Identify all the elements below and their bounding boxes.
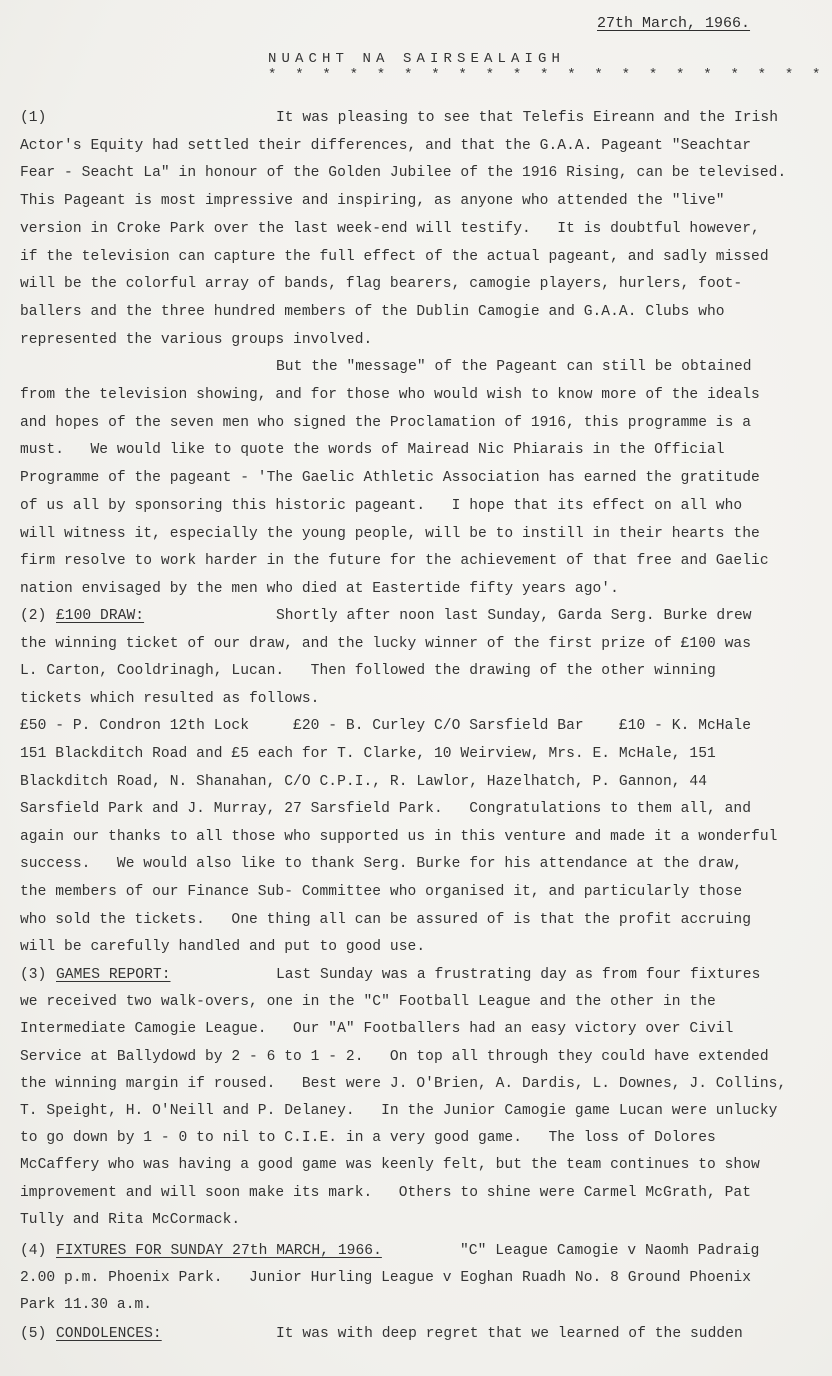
body-line: nation envisaged by the men who died at … bbox=[20, 579, 619, 599]
body-line: 2.00 p.m. Phoenix Park. Junior Hurling L… bbox=[20, 1268, 751, 1288]
body-line: will be the colorful array of bands, fla… bbox=[20, 274, 742, 294]
body-line: and hopes of the seven men who signed th… bbox=[20, 413, 751, 433]
body-line: tickets which resulted as follows. bbox=[20, 689, 319, 709]
section-number: (4) bbox=[20, 1241, 46, 1261]
body-line: 151 Blackditch Road and £5 each for T. C… bbox=[20, 744, 716, 764]
body-line: ballers and the three hundred members of… bbox=[20, 302, 725, 322]
title-asterisk-rule: * * * * * * * * * * * * * * * * * * * * … bbox=[268, 68, 832, 82]
section-number: (1) bbox=[20, 108, 46, 128]
condolences-heading: CONDOLENCES: bbox=[56, 1324, 162, 1344]
section-number: (3) bbox=[20, 965, 46, 985]
body-line: improvement and will soon make its mark.… bbox=[20, 1183, 751, 1203]
document-title: NUACHT NA SAIRSEALAIGH bbox=[268, 50, 565, 68]
section-number: (5) bbox=[20, 1324, 46, 1344]
body-line: Sarsfield Park and J. Murray, 27 Sarsfie… bbox=[20, 799, 751, 819]
body-line: represented the various groups involved. bbox=[20, 330, 372, 350]
body-line: Intermediate Camogie League. Our "A" Foo… bbox=[20, 1019, 733, 1039]
typewritten-newsletter-page: 27th March, 1966. NUACHT NA SAIRSEALAIGH… bbox=[0, 0, 832, 1376]
body-line: Blackditch Road, N. Shanahan, C/O C.P.I.… bbox=[20, 772, 707, 792]
body-line: Actor's Equity had settled their differe… bbox=[20, 136, 751, 156]
body-line: Last Sunday was a frustrating day as fro… bbox=[276, 965, 760, 985]
body-line: "C" League Camogie v Naomh Padraig bbox=[460, 1241, 759, 1261]
body-line: the winning ticket of our draw, and the … bbox=[20, 634, 751, 654]
body-line: Shortly after noon last Sunday, Garda Se… bbox=[276, 606, 752, 626]
document-date: 27th March, 1966. bbox=[597, 14, 750, 34]
body-line: will witness it, especially the young pe… bbox=[20, 524, 760, 544]
body-line: T. Speight, H. O'Neill and P. Delaney. I… bbox=[20, 1101, 777, 1121]
body-line: must. We would like to quote the words o… bbox=[20, 440, 725, 460]
body-line: £50 - P. Condron 12th Lock £20 - B. Curl… bbox=[20, 716, 751, 736]
body-line: Service at Ballydowd by 2 - 6 to 1 - 2. … bbox=[20, 1047, 769, 1067]
body-line: Park 11.30 a.m. bbox=[20, 1295, 152, 1315]
body-line: success. We would also like to thank Ser… bbox=[20, 854, 742, 874]
body-line: if the television can capture the full e… bbox=[20, 247, 769, 267]
body-line: we received two walk-overs, one in the "… bbox=[20, 992, 716, 1012]
body-line: Fear - Seacht La" in honour of the Golde… bbox=[20, 163, 786, 183]
body-line: version in Croke Park over the last week… bbox=[20, 219, 760, 239]
body-line: from the television showing, and for tho… bbox=[20, 385, 760, 405]
body-line: It was with deep regret that we learned … bbox=[276, 1324, 743, 1344]
body-line: Programme of the pageant - 'The Gaelic A… bbox=[20, 468, 760, 488]
draw-heading: £100 DRAW: bbox=[56, 606, 144, 626]
body-line: But the "message" of the Pageant can sti… bbox=[276, 357, 752, 377]
body-line: McCaffery who was having a good game was… bbox=[20, 1155, 760, 1175]
body-line: the members of our Finance Sub- Committe… bbox=[20, 882, 742, 902]
body-line: will be carefully handled and put to goo… bbox=[20, 937, 425, 957]
body-line: the winning margin if roused. Best were … bbox=[20, 1074, 786, 1094]
body-line: It was pleasing to see that Telefis Eire… bbox=[276, 108, 778, 128]
body-line: to go down by 1 - 0 to nil to C.I.E. in … bbox=[20, 1128, 716, 1148]
body-line: again our thanks to all those who suppor… bbox=[20, 827, 777, 847]
body-line: This Pageant is most impressive and insp… bbox=[20, 191, 725, 211]
body-line: who sold the tickets. One thing all can … bbox=[20, 910, 751, 930]
body-line: L. Carton, Cooldrinagh, Lucan. Then foll… bbox=[20, 661, 716, 681]
games-report-heading: GAMES REPORT: bbox=[56, 965, 171, 985]
body-line: Tully and Rita McCormack. bbox=[20, 1210, 240, 1230]
body-line: firm resolve to work harder in the futur… bbox=[20, 551, 769, 571]
fixtures-heading: FIXTURES FOR SUNDAY 27th MARCH, 1966. bbox=[56, 1241, 382, 1261]
body-line: of us all by sponsoring this historic pa… bbox=[20, 496, 742, 516]
section-number: (2) bbox=[20, 606, 46, 626]
